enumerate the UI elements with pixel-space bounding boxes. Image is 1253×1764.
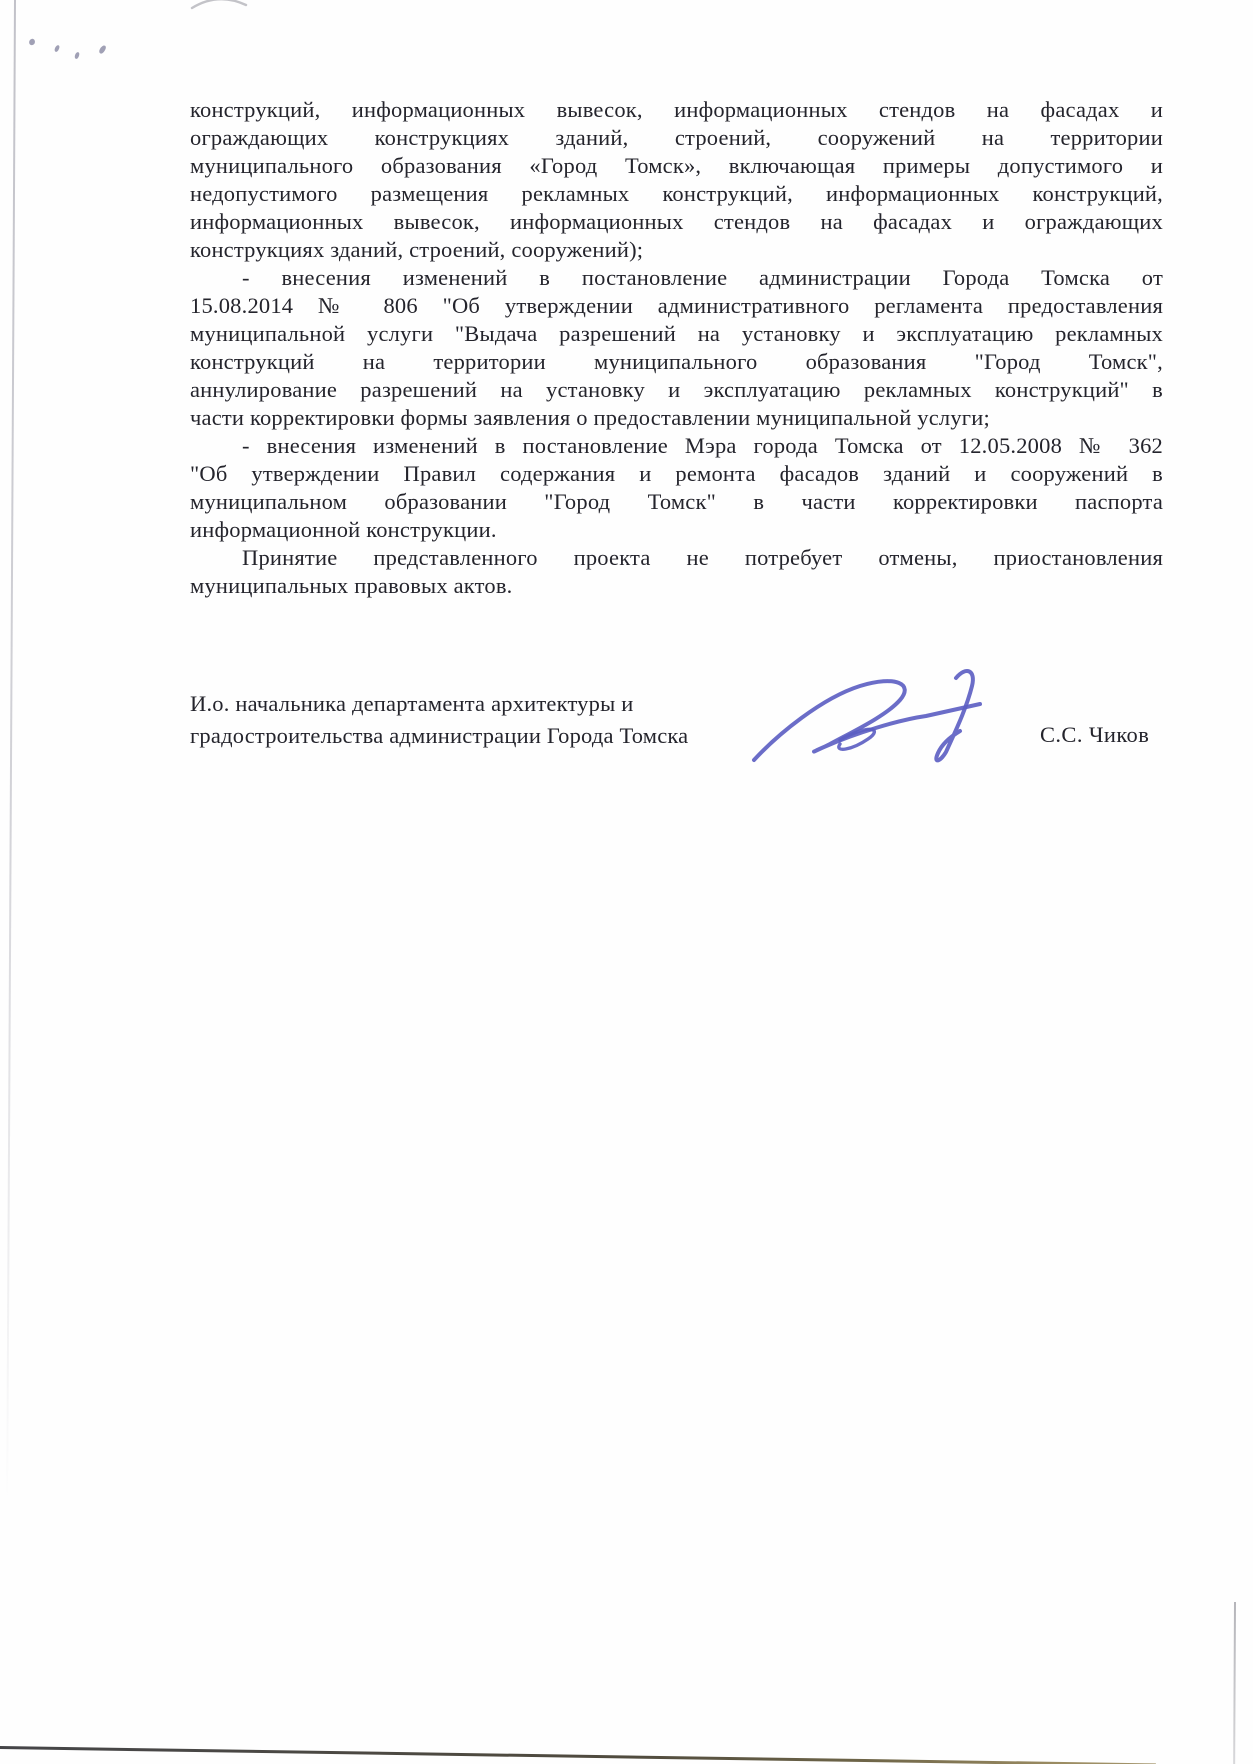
signatory-name: С.С. Чиков xyxy=(1040,722,1149,748)
paragraph: Принятие представленного проекта не потр… xyxy=(190,544,1163,600)
text-line: недопустимого размещения рекламных конст… xyxy=(190,180,1163,208)
text-line: аннулирование разрешений на установку и … xyxy=(190,376,1163,404)
text-line: - внесения изменений в постановление Мэр… xyxy=(190,432,1163,460)
text-line: информационных вывесок, информационных с… xyxy=(190,208,1163,236)
text-line: "Об утверждении Правил содержания и ремо… xyxy=(190,460,1163,488)
scan-edge-bottom xyxy=(0,1746,1156,1764)
scan-smudge-top xyxy=(190,0,250,12)
signatory-title-line1: И.о. начальника департамента архитектуры… xyxy=(190,688,810,720)
scan-edge-left xyxy=(6,0,16,1505)
text-line: муниципальной услуги "Выдача разрешений … xyxy=(190,320,1163,348)
signatory-title: И.о. начальника департамента архитектуры… xyxy=(190,688,810,752)
text-line: муниципального образования «Город Томск»… xyxy=(190,152,1163,180)
signature-ink xyxy=(748,660,1003,775)
ink-speck xyxy=(28,38,36,46)
text-line: информационной конструкции. xyxy=(190,516,1163,544)
text-line: части корректировки формы заявления о пр… xyxy=(190,404,1163,432)
text-line: - внесения изменений в постановление адм… xyxy=(190,264,1163,292)
text-line: Принятие представленного проекта не потр… xyxy=(190,544,1163,572)
text-line: ограждающих конструкциях зданий, строени… xyxy=(190,124,1163,152)
document-body: конструкций, информационных вывесок, инф… xyxy=(190,96,1163,600)
text-line: муниципальном образовании "Город Томск" … xyxy=(190,488,1163,516)
ink-speck xyxy=(74,52,80,60)
scan-edge-right xyxy=(1233,1602,1236,1764)
paragraph: - внесения изменений в постановление Мэр… xyxy=(190,432,1163,544)
text-line: 15.08.2014 № 806 "Об утверждении админис… xyxy=(190,292,1163,320)
paragraph: конструкций, информационных вывесок, инф… xyxy=(190,96,1163,264)
ink-speck xyxy=(98,44,107,54)
text-line: конструкциях зданий, строений, сооружени… xyxy=(190,236,1163,264)
document-page: конструкций, информационных вывесок, инф… xyxy=(0,0,1253,1764)
ink-speck xyxy=(54,45,60,53)
text-line: конструкций, информационных вывесок, инф… xyxy=(190,96,1163,124)
signatory-title-line2: градостроительства администрации Города … xyxy=(190,720,810,752)
paragraph: - внесения изменений в постановление адм… xyxy=(190,264,1163,432)
text-line: муниципальных правовых актов. xyxy=(190,572,1163,600)
text-line: конструкций на территории муниципального… xyxy=(190,348,1163,376)
